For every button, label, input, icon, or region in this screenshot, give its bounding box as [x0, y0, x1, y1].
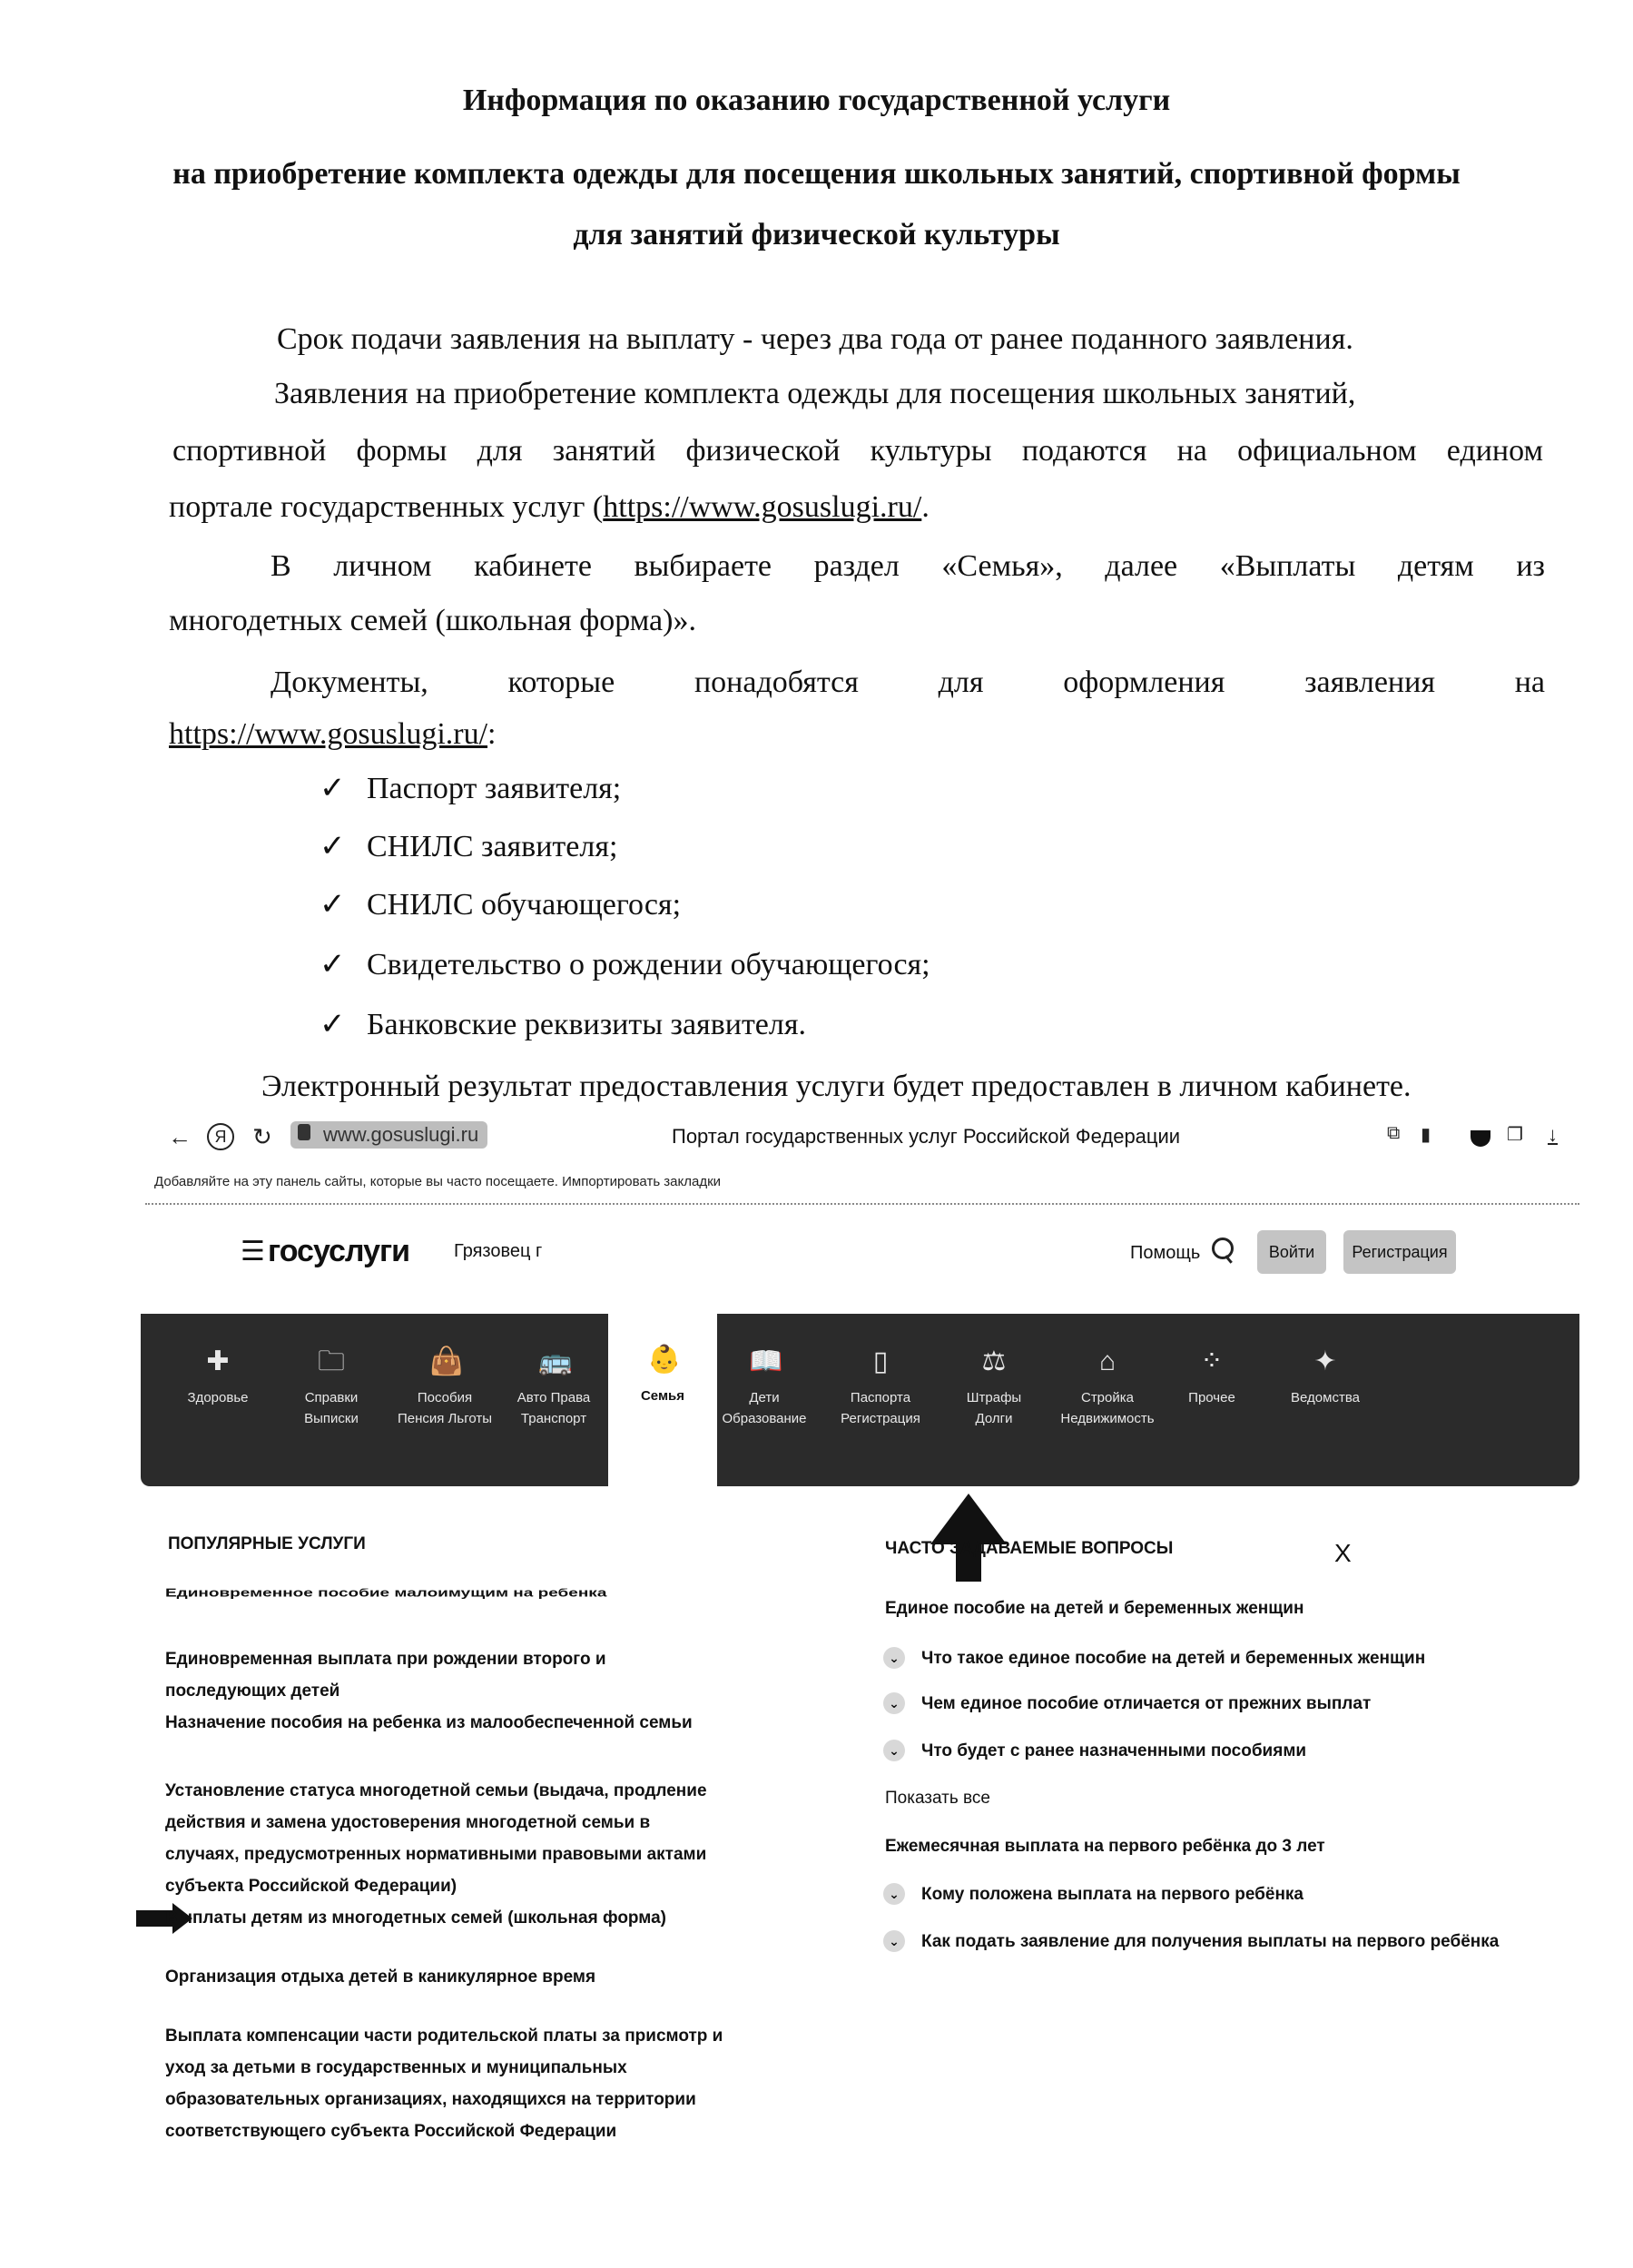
nav-item-sublabel: Недвижимость: [1058, 1411, 1157, 1426]
nav-item-health[interactable]: ✚Здоровье: [168, 1314, 268, 1486]
apply-paragraph-line-1: Заявления на приобретение комплекта одеж…: [274, 377, 1545, 410]
other-icon: ⁘: [1196, 1346, 1227, 1377]
register-button[interactable]: Регистрация: [1343, 1230, 1456, 1274]
address-bar[interactable]: www.gosuslugi.ru: [290, 1121, 487, 1149]
document-list-item-label: Банковские реквизиты заявителя.: [367, 1008, 806, 1041]
pointer-arrow-up: [930, 1494, 1007, 1544]
nav-item-children[interactable]: 📖ДетиОбразование: [714, 1314, 814, 1486]
city-selector[interactable]: Грязовец г: [454, 1241, 542, 1262]
gosuslugi-logo[interactable]: госуслуги: [268, 1234, 409, 1269]
nav-item-auto[interactable]: 🚌Авто ПраваТранспорт: [504, 1314, 604, 1486]
chevron-down-icon[interactable]: ⌄: [883, 1740, 905, 1761]
nav-item-sublabel: Пенсия Льготы: [395, 1411, 495, 1426]
gosuslugi-link-2[interactable]: https://www.gosuslugi.ru/: [169, 717, 487, 751]
apply-line3-suffix: .: [921, 490, 930, 524]
nav-item-certificates[interactable]: 🗀СправкиВыписки: [281, 1314, 381, 1486]
popular-service-item[interactable]: Выплата компенсации части родительской п…: [165, 2020, 728, 2147]
certificates-icon: 🗀: [316, 1346, 347, 1377]
nav-item-label: Штрафы: [944, 1390, 1044, 1405]
check-icon: ✓: [320, 770, 367, 806]
nav-item-construction[interactable]: ⌂СтройкаНедвижимость: [1058, 1314, 1157, 1486]
check-icon: ✓: [320, 886, 367, 922]
passports-icon: ▯: [865, 1346, 896, 1377]
fines-icon: ⚖: [979, 1346, 1009, 1377]
apply-paragraph-line-2: спортивной формы для занятий физической …: [172, 434, 1543, 468]
result-paragraph: Электронный результат предоставления усл…: [261, 1070, 1412, 1103]
nav-item-label: Ведомства: [1275, 1390, 1375, 1405]
apply-paragraph-line-3: портале государственных услуг (https://w…: [169, 490, 930, 524]
apply-line3-prefix: портале государственных услуг (: [169, 490, 603, 524]
document-list-item: ✓Банковские реквизиты заявителя.: [320, 1006, 806, 1042]
faq-question[interactable]: ⌄Как подать заявление для получения выпл…: [921, 1929, 1499, 1955]
gosuslugi-link[interactable]: https://www.gosuslugi.ru/: [603, 490, 921, 524]
health-icon: ✚: [202, 1346, 233, 1377]
cabinet-paragraph-line-2: многодетных семей (школьная форма)».: [169, 604, 696, 637]
construction-icon: ⌂: [1092, 1346, 1123, 1377]
nav-item-family[interactable]: 👶Семья: [608, 1297, 717, 1493]
nav-item-sublabel: Регистрация: [831, 1411, 930, 1426]
faq-question[interactable]: ⌄Что такое единое пособие на детей и бер…: [921, 1646, 1425, 1671]
nav-item-label: Справки: [281, 1390, 381, 1405]
faq-group-title: Ежемесячная выплата на первого ребёнка д…: [885, 1834, 1325, 1859]
children-icon: 📖: [749, 1346, 780, 1377]
page-title: Портал государственных услуг Российской …: [672, 1125, 1180, 1149]
extensions-icon[interactable]: ❐: [1507, 1123, 1523, 1146]
search-icon[interactable]: [1212, 1238, 1234, 1259]
chevron-down-icon[interactable]: ⌄: [883, 1692, 905, 1714]
close-icon[interactable]: X: [1334, 1539, 1352, 1568]
chevron-down-icon[interactable]: ⌄: [883, 1647, 905, 1669]
menu-icon[interactable]: ☰: [241, 1236, 265, 1267]
docs-paragraph-line-1: Документы, которые понадобятся для оформ…: [271, 666, 1545, 699]
docs-suffix: :: [487, 717, 496, 751]
download-icon[interactable]: ↓: [1548, 1123, 1558, 1147]
document-list-item-label: СНИЛС заявителя;: [367, 830, 617, 863]
faq-question[interactable]: ⌄Чем единое пособие отличается от прежни…: [921, 1691, 1371, 1717]
chevron-down-icon[interactable]: ⌄: [883, 1883, 905, 1905]
url-text: www.gosuslugi.ru: [323, 1123, 478, 1146]
login-button[interactable]: Войти: [1257, 1230, 1326, 1274]
nav-item-sublabel: Долги: [944, 1411, 1044, 1426]
check-icon: ✓: [320, 946, 367, 982]
faq-question-label: Что будет с ранее назначенными пособиями: [921, 1741, 1306, 1760]
back-icon[interactable]: ←: [168, 1123, 192, 1151]
faq-question-label: Кому положена выплата на первого ребёнка: [921, 1885, 1303, 1904]
cabinet-paragraph-line-1: В личном кабинете выбираете раздел «Семь…: [271, 549, 1545, 583]
agencies-icon: ✦: [1310, 1346, 1341, 1377]
popular-service-item[interactable]: Единовременное пособие малоимущим на реб…: [165, 1589, 728, 1602]
faq-question[interactable]: ⌄Кому положена выплата на первого ребёнк…: [921, 1882, 1303, 1908]
nav-item-label: Пособия: [395, 1390, 495, 1405]
doc-title-line-2: на приобретение комплекта одежды для пос…: [0, 157, 1633, 192]
bookmarks-bar-hint: Добавляйте на эту панель сайты, которые …: [154, 1174, 721, 1189]
chevron-down-icon[interactable]: ⌄: [883, 1930, 905, 1952]
document-list-item-label: Свидетельство о рождении обучающегося;: [367, 948, 930, 981]
site-header: ☰ госуслуги Грязовец г Помощь Войти Реги…: [145, 1221, 1579, 1294]
toolbar-divider: [145, 1203, 1579, 1205]
document-list-item: ✓Паспорт заявителя;: [320, 770, 621, 806]
yandex-icon[interactable]: Я: [207, 1123, 234, 1150]
bookmark-icon[interactable]: ▮: [1421, 1123, 1431, 1146]
nav-item-fines[interactable]: ⚖ШтрафыДолги: [944, 1314, 1044, 1486]
nav-item-label: Семья: [608, 1388, 717, 1404]
category-nav: ✚Здоровье🗀СправкиВыписки👜ПособияПенсия Л…: [141, 1314, 1579, 1486]
popular-services-heading: ПОПУЛЯРНЫЕ УСЛУГИ: [168, 1534, 366, 1554]
document-list-item: ✓Свидетельство о рождении обучающегося;: [320, 946, 930, 982]
document-list-item: ✓СНИЛС обучающегося;: [320, 886, 681, 922]
protect-icon[interactable]: [1471, 1130, 1490, 1147]
family-icon: 👶: [647, 1345, 678, 1376]
browser-toolbar: ← Я ↻ www.gosuslugi.ru Портал государств…: [145, 1112, 1579, 1167]
translate-icon[interactable]: ⧉: [1387, 1123, 1400, 1144]
document-list-item-label: СНИЛС обучающегося;: [367, 888, 681, 922]
document-list-item-label: Паспорт заявителя;: [367, 772, 621, 805]
faq-group-title: Единое пособие на детей и беременных жен…: [885, 1596, 1303, 1622]
docs-paragraph-line-2: https://www.gosuslugi.ru/:: [169, 717, 497, 751]
check-icon: ✓: [320, 1006, 367, 1042]
gosuslugi-screenshot: ← Я ↻ www.gosuslugi.ru Портал государств…: [145, 1112, 1579, 2184]
popular-service-item[interactable]: Организация отдыха детей в каникулярное …: [165, 1961, 728, 1993]
doc-title-line-1: Информация по оказанию государственной у…: [0, 84, 1633, 118]
lock-icon: [298, 1124, 310, 1140]
popular-service-item[interactable]: Единовременная выплата при рождении втор…: [165, 1643, 728, 1707]
check-icon: ✓: [320, 828, 367, 864]
faq-question[interactable]: ⌄Что будет с ранее назначенными пособиям…: [921, 1739, 1306, 1764]
reload-icon[interactable]: ↻: [252, 1123, 272, 1151]
nav-item-label: Здоровье: [168, 1390, 268, 1405]
faq-question-label: Чем единое пособие отличается от прежних…: [921, 1694, 1371, 1713]
nav-item-label: Прочее: [1162, 1390, 1262, 1405]
auto-icon: 🚌: [538, 1346, 569, 1377]
help-link[interactable]: Помощь: [1130, 1243, 1200, 1264]
popular-service-item[interactable]: Назначение пособия на ребенка из малообе…: [165, 1707, 728, 1739]
faq-question-label: Что такое единое пособие на детей и бере…: [921, 1649, 1425, 1668]
faq-heading: ЧАСТО ЗАДАВАЕМЫЕ ВОПРОСЫ: [885, 1539, 1173, 1559]
nav-item-label: Дети: [714, 1390, 814, 1405]
nav-item-sublabel: Транспорт: [504, 1411, 604, 1426]
nav-item-other[interactable]: ⁘Прочее: [1162, 1314, 1262, 1486]
nav-item-sublabel: Выписки: [281, 1411, 381, 1426]
nav-item-label: Авто Права: [504, 1390, 604, 1405]
popular-service-item[interactable]: Выплаты детям из многодетных семей (школ…: [165, 1902, 728, 1934]
nav-item-label: Паспорта: [831, 1390, 930, 1405]
popular-service-item[interactable]: Установление статуса многодетной семьи (…: [165, 1775, 728, 1902]
nav-item-passports[interactable]: ▯ПаспортаРегистрация: [831, 1314, 930, 1486]
deadline-paragraph: Срок подачи заявления на выплату - через…: [277, 322, 1353, 356]
doc-title-line-3: для занятий физической культуры: [0, 218, 1633, 252]
document-list-item: ✓СНИЛС заявителя;: [320, 828, 617, 864]
faq-question-label: Как подать заявление для получения выпла…: [921, 1932, 1499, 1951]
nav-item-label: Стройка: [1058, 1390, 1157, 1405]
nav-item-benefits[interactable]: 👜ПособияПенсия Льготы: [395, 1314, 495, 1486]
nav-item-agencies[interactable]: ✦Ведомства: [1275, 1314, 1375, 1486]
show-all-link[interactable]: Показать все: [885, 1786, 990, 1811]
benefits-icon: 👜: [429, 1346, 460, 1377]
nav-item-sublabel: Образование: [714, 1411, 814, 1426]
